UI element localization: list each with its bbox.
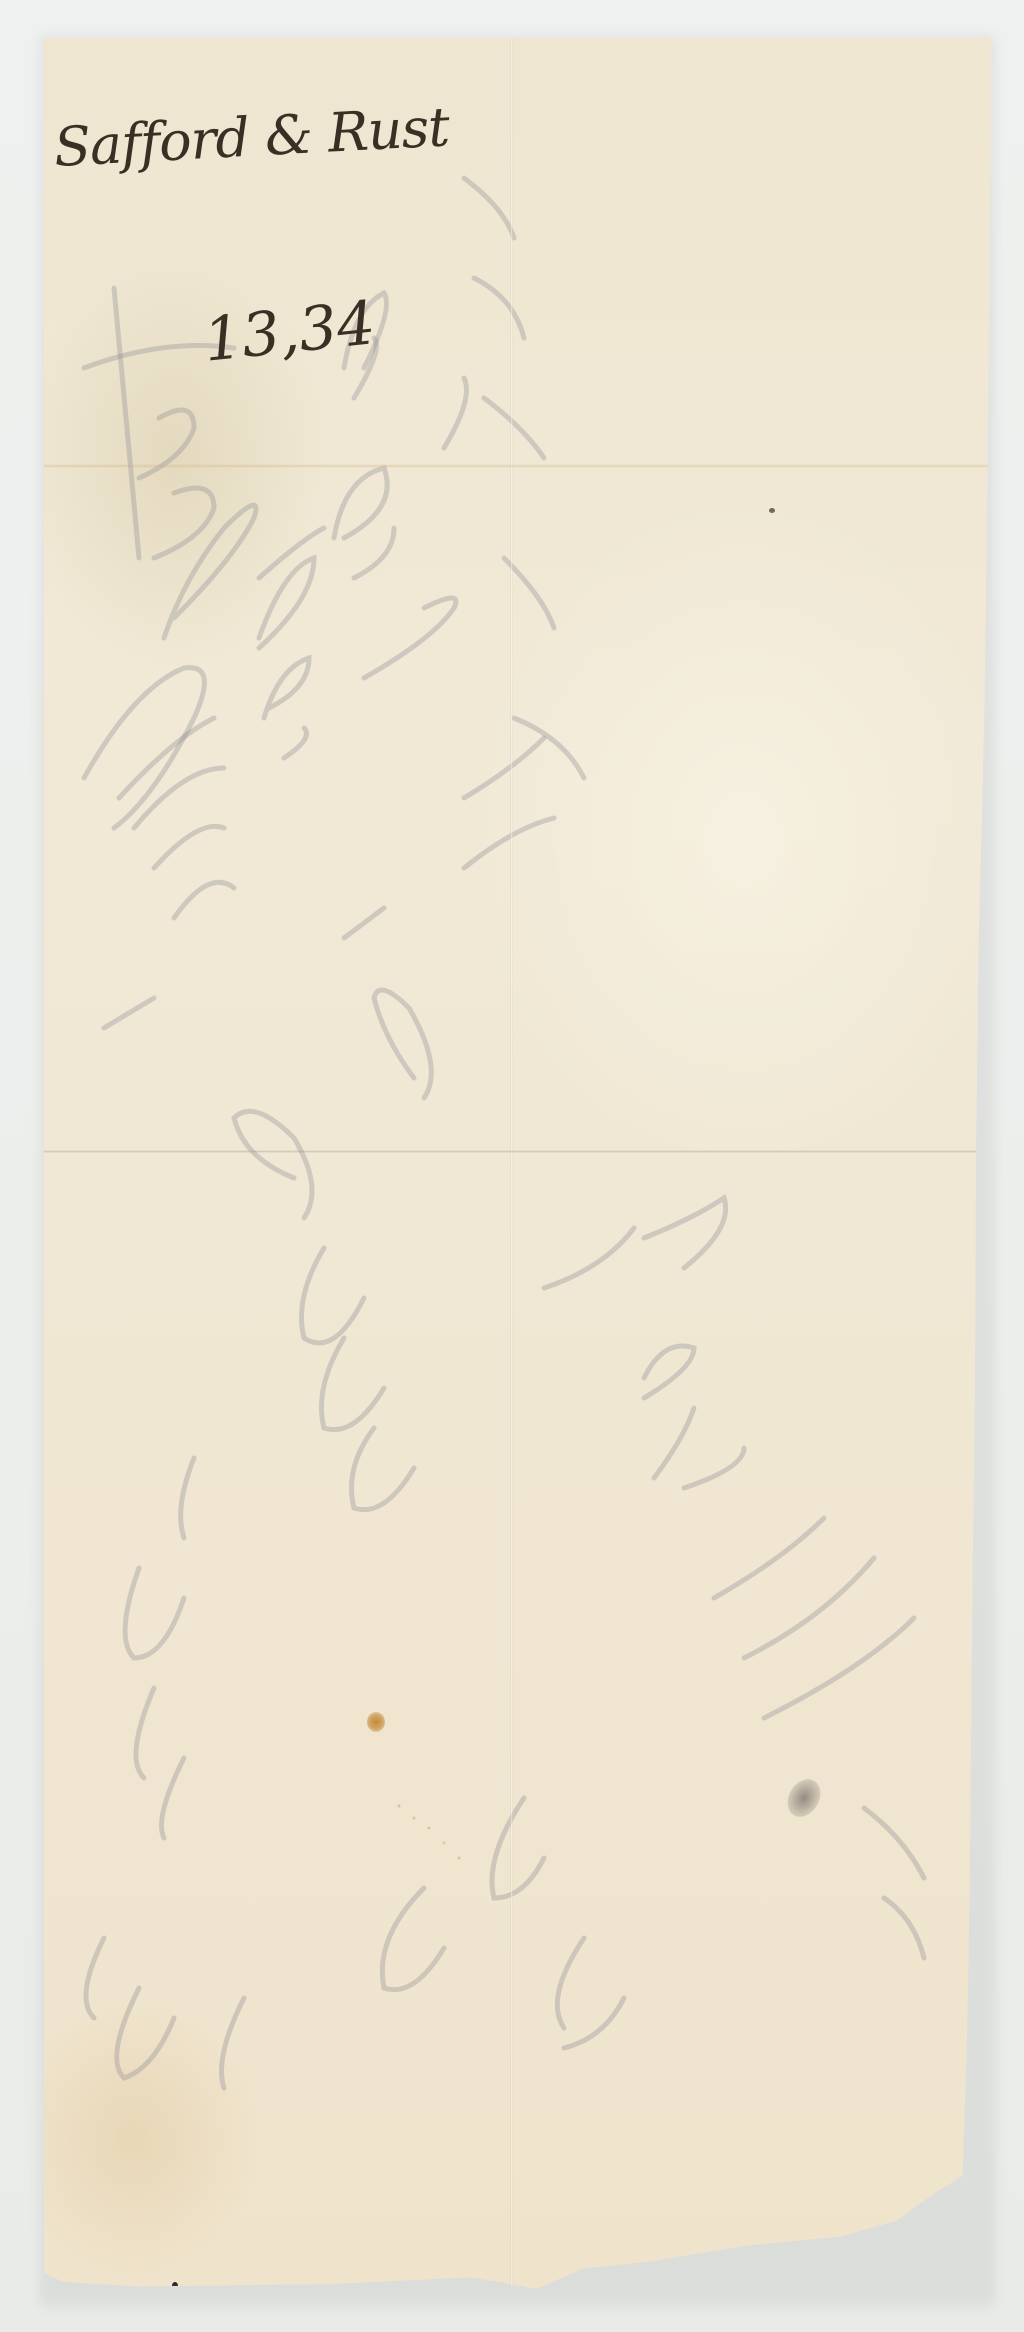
ink-amount-inscription: 13,34 — [200, 288, 378, 376]
top-speck — [769, 508, 775, 513]
vertical-fold-line — [510, 38, 513, 2300]
middle-fold-crease — [44, 1150, 991, 1153]
gray-smudge — [781, 1773, 827, 1823]
bleed-through-handwriting — [44, 38, 991, 2300]
foxing-specks — [389, 1798, 479, 1868]
upper-fold-crease — [44, 464, 991, 468]
rust-stain — [367, 1712, 385, 1732]
ink-name-inscription: Safford & Rust — [52, 95, 450, 179]
paper-sheet: Safford & Rust 13,34 — [44, 38, 991, 2300]
